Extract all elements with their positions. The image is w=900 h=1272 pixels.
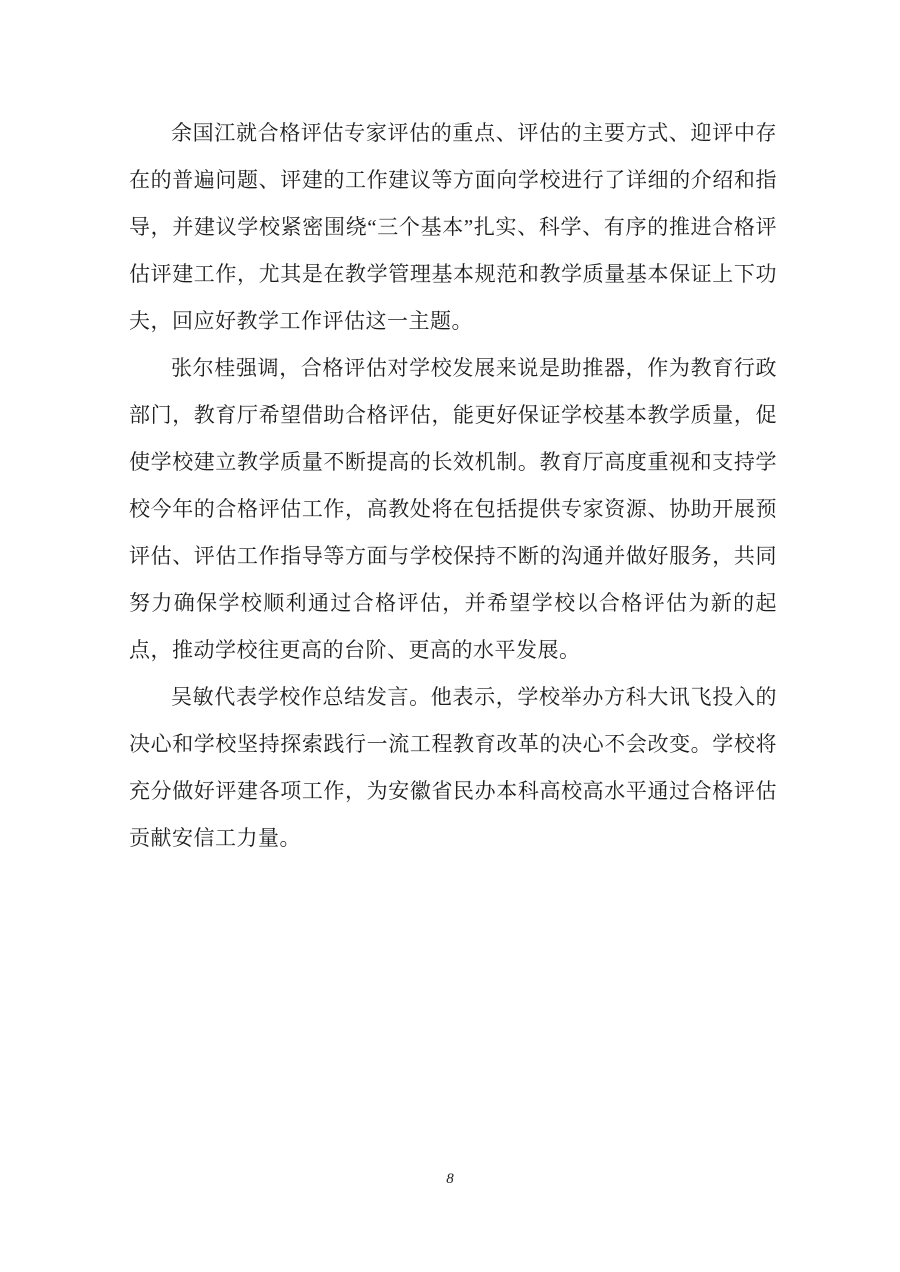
page-footer: 8 [0, 1170, 900, 1188]
document-body: 余国江就合格评估专家评估的重点、评估的主要方式、迎评中存在的普遍问题、评建的工作… [129, 110, 777, 862]
paragraph-3: 吴敏代表学校作总结发言。他表示，学校举办方科大讯飞投入的决心和学校坚持探索践行一… [129, 674, 777, 862]
document-page: 余国江就合格评估专家评估的重点、评估的主要方式、迎评中存在的普遍问题、评建的工作… [0, 0, 900, 1272]
paragraph-1: 余国江就合格评估专家评估的重点、评估的主要方式、迎评中存在的普遍问题、评建的工作… [129, 110, 777, 345]
page-number: 8 [446, 1171, 454, 1187]
paragraph-2: 张尔桂强调，合格评估对学校发展来说是助推器，作为教育行政部门，教育厅希望借助合格… [129, 345, 777, 674]
